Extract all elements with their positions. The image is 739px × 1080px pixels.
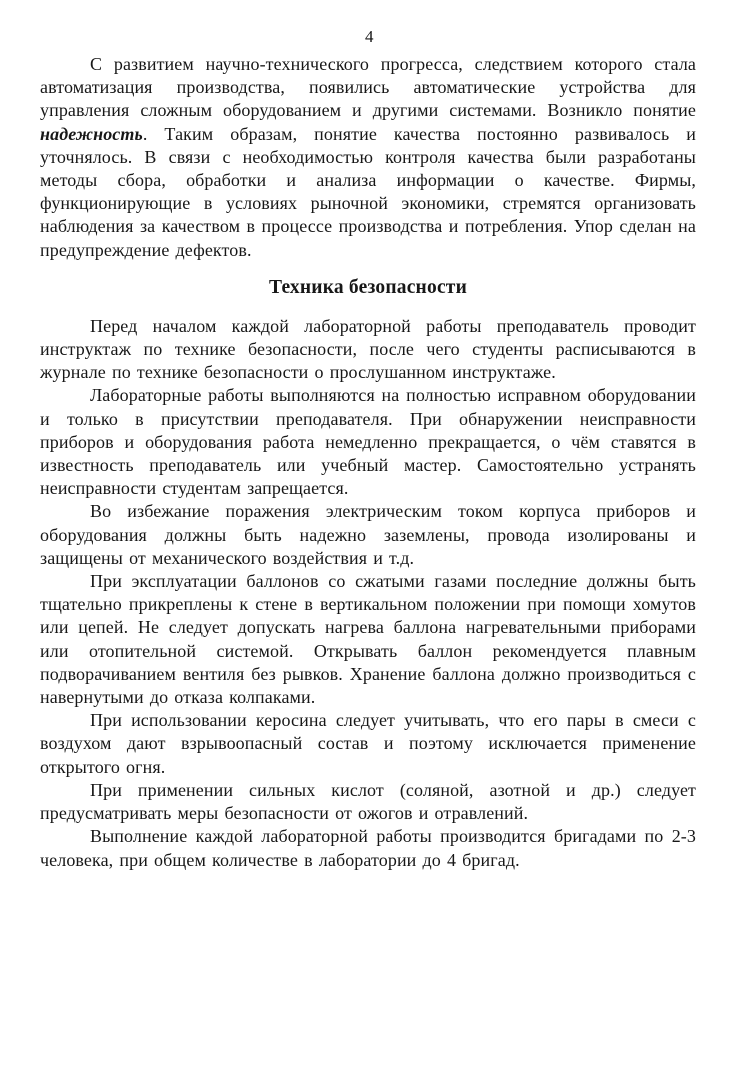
safety-paragraph-acids: При применении сильных кислот (соляной, … xyxy=(40,779,696,825)
intro-text-after: . Таким образам, понятие качества постоя… xyxy=(40,124,696,260)
safety-paragraph-kerosene: При использовании керосина следует учиты… xyxy=(40,709,696,779)
emphasized-term-reliability: надежность xyxy=(40,124,143,144)
intro-text-before: С развитием научно-технического прогресс… xyxy=(40,54,696,120)
section-heading: Техника безопасности xyxy=(40,276,696,300)
page-content: С развитием научно-технического прогресс… xyxy=(40,53,696,872)
safety-paragraph-brigades: Выполнение каждой лабораторной работы пр… xyxy=(40,825,696,871)
safety-paragraph-gas-cylinders: При эксплуатации баллонов со сжатыми газ… xyxy=(40,570,696,709)
document-page: 4 С развитием научно-технического прогре… xyxy=(0,0,739,1080)
intro-paragraph: С развитием научно-технического прогресс… xyxy=(40,53,696,262)
safety-paragraph-briefing: Перед началом каждой лабораторной работы… xyxy=(40,315,696,385)
safety-paragraph-equipment: Лабораторные работы выполняются на полно… xyxy=(40,384,696,500)
safety-paragraph-electricity: Во избежание поражения электрическим ток… xyxy=(40,500,696,570)
page-number: 4 xyxy=(0,27,739,47)
